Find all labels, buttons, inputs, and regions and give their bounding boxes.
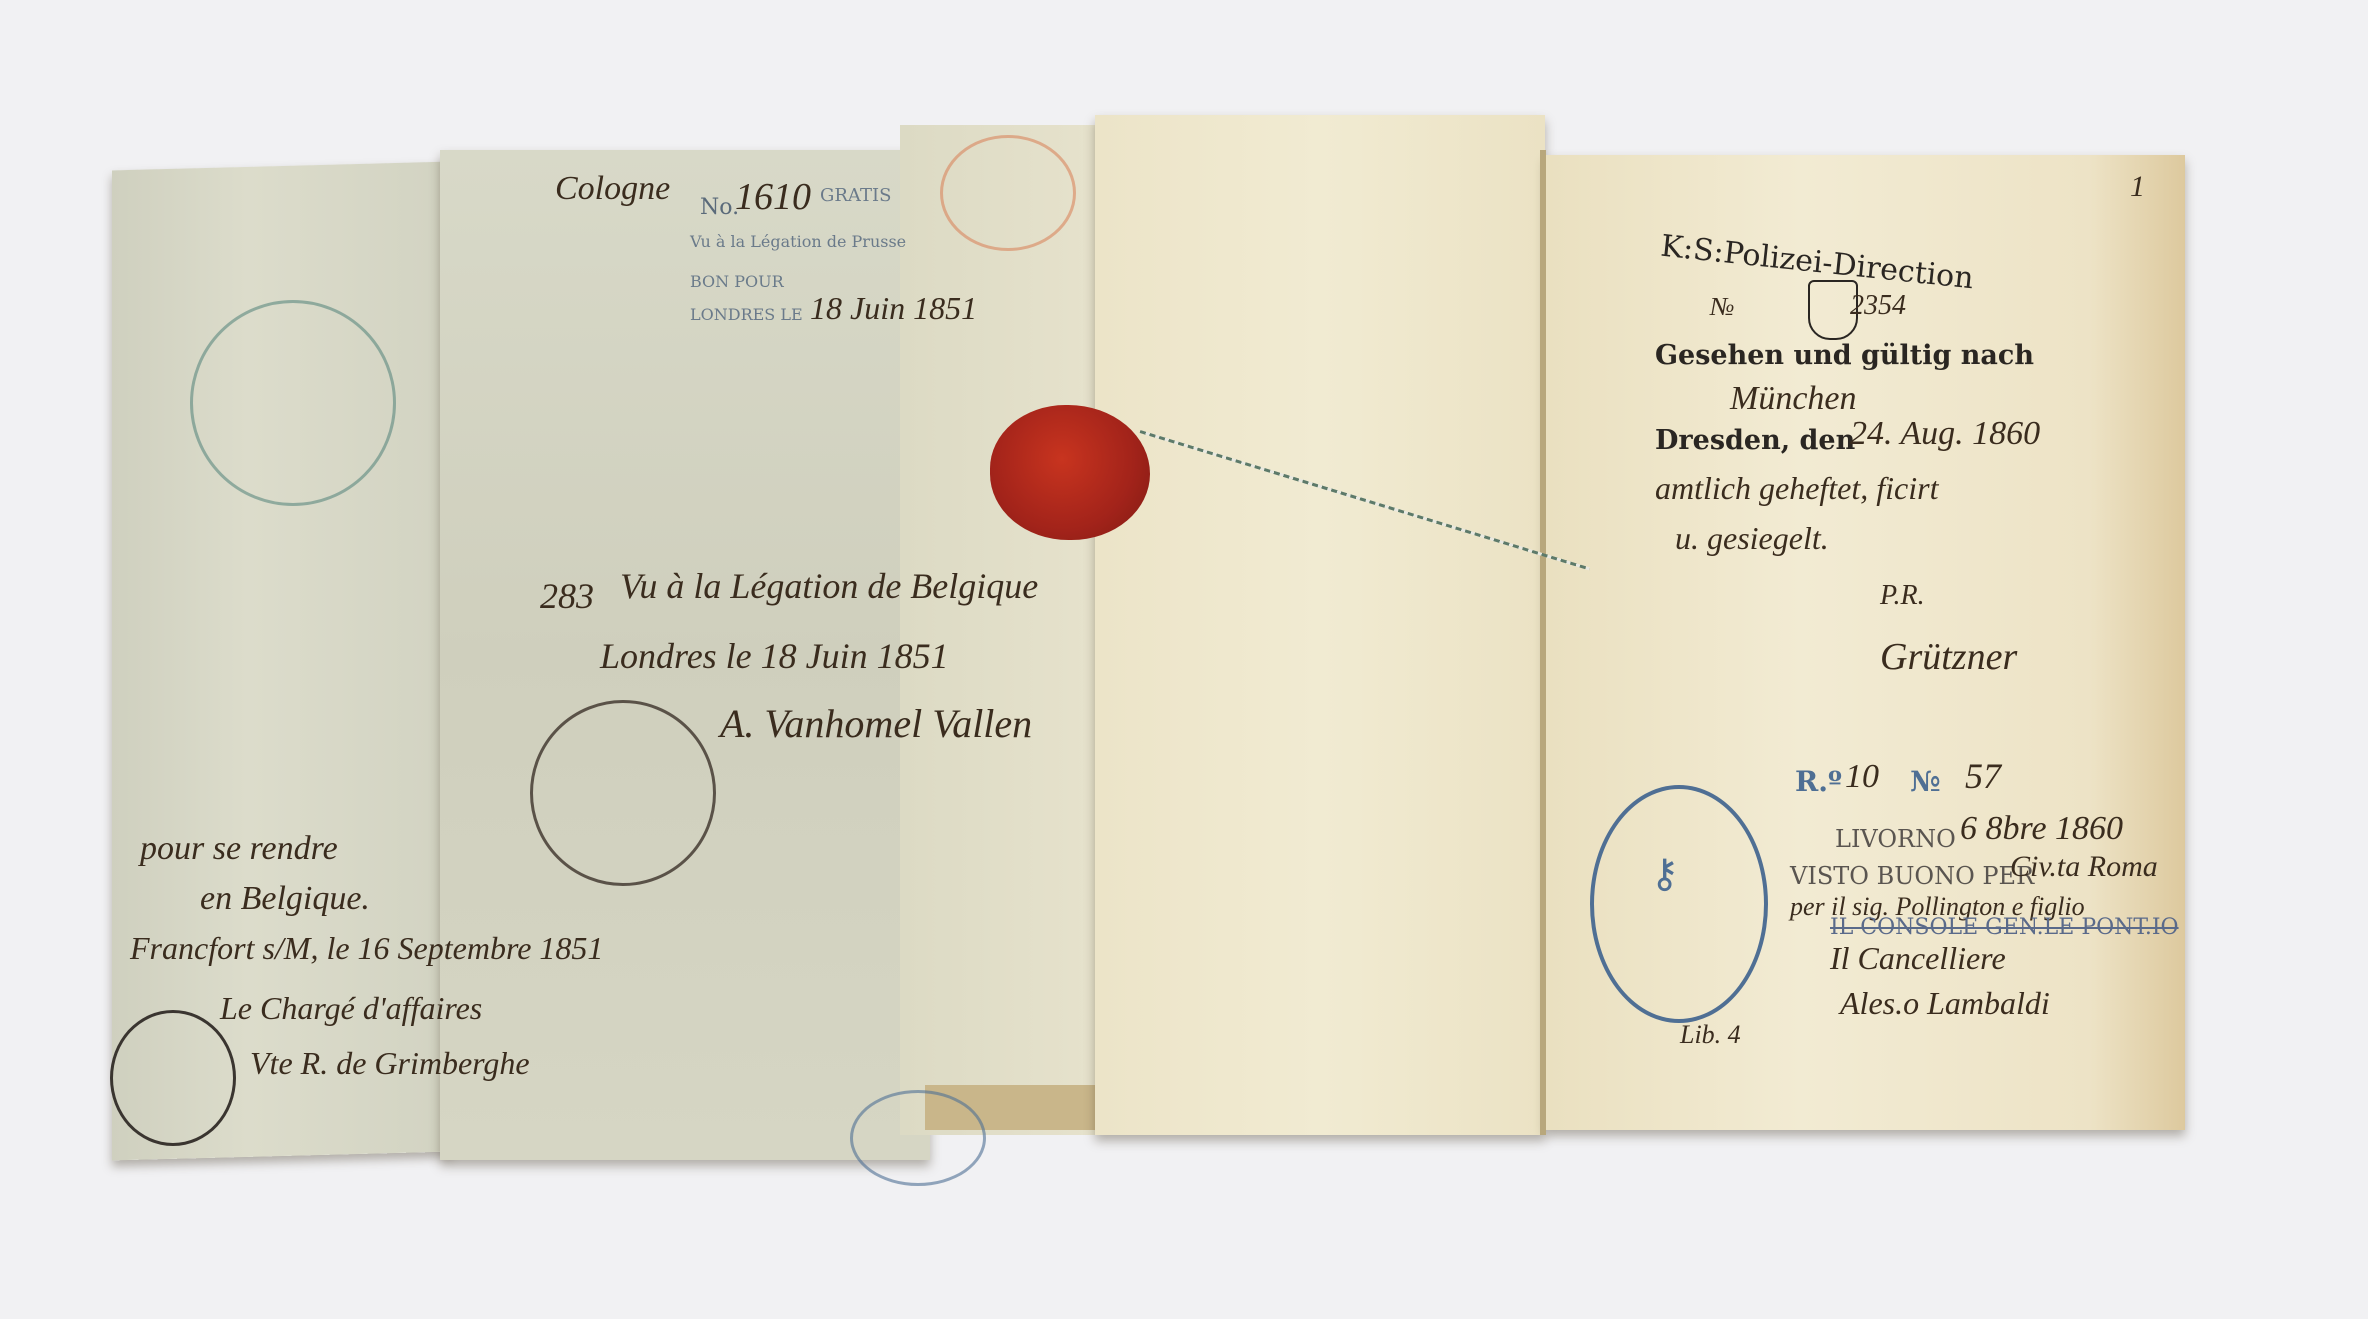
visa-number: 1610	[735, 175, 811, 219]
number-label: №	[1710, 292, 1735, 322]
livorno-signature: Ales.o Lambaldi	[1840, 985, 2050, 1022]
stamp-francfort	[110, 1010, 236, 1146]
stamp-police-orange	[940, 135, 1076, 251]
frankfurt-date: Francfort s/M, le 16 Septembre 1851	[130, 930, 603, 967]
destination-muenchen: München	[1730, 380, 1857, 418]
frankfurt-line-1: pour se rendre	[140, 830, 338, 868]
belgian-visa-date: Londres le 18 Juin 1851	[600, 635, 949, 677]
hand-destination-cologne: Cologne	[555, 170, 670, 208]
stamp-legation-belge	[530, 700, 716, 886]
visto-destination: Civ.ta Roma	[2010, 850, 2158, 884]
visa-number-label: No.	[700, 195, 739, 220]
hand-line-2: u. gesiegelt.	[1675, 520, 1829, 557]
fee-mark: Lib. 4	[1680, 1020, 1741, 1050]
booklet-left-page	[1095, 115, 1545, 1135]
dresden-date: 24. Aug. 1860	[1850, 415, 2040, 453]
prussian-visa-date: 18 Juin 1851	[810, 290, 977, 327]
booklet-spine	[1540, 150, 1546, 1135]
stamp-france-blue	[850, 1090, 986, 1186]
londres-label: LONDRES LE	[690, 305, 803, 324]
visto-buono-label: VISTO BUONO PER	[1790, 862, 2034, 890]
gesehen-line: Gesehen und gültig nach	[1655, 340, 2034, 371]
register-r-value: 10	[1845, 758, 1879, 796]
frankfurt-title: Le Chargé d'affaires	[220, 990, 482, 1027]
console-struck: IL CONSOLE GEN.LE PONT.IO	[1830, 915, 2179, 940]
belgian-visa-number: 283	[540, 575, 594, 617]
legation-prusse: Vu à la Légation de Prusse	[690, 232, 906, 251]
belgian-visa-signature: A. Vanhomel Vallen	[720, 700, 1032, 747]
police-number: 2354	[1850, 290, 1906, 322]
papal-keys-icon: ⚷	[1650, 850, 1679, 897]
police-signature: Grützner	[1880, 635, 2017, 679]
livorno-label: LIVORNO	[1835, 825, 1956, 853]
bon-pour-label: BON POUR	[690, 272, 784, 291]
red-wax-seal	[990, 405, 1150, 540]
initials: P.R.	[1880, 580, 1925, 612]
folded-visa-panel-strip	[900, 125, 1095, 1135]
livorno-date: 6 8bre 1860	[1960, 810, 2123, 848]
hand-line-1: amtlich geheftet, ficirt	[1655, 470, 1938, 507]
register-r-label: R.º	[1795, 765, 1842, 798]
dresden-label: Dresden, den	[1655, 425, 1855, 456]
faded-stamp-green	[190, 300, 396, 506]
register-n-value: 57	[1965, 755, 2001, 797]
belgian-visa-text: Vu à la Légation de Belgique	[620, 565, 1038, 607]
register-n-label: №	[1910, 765, 1940, 798]
gratis-label: GRATIS	[820, 185, 891, 206]
frankfurt-signature: Vte R. de Grimberghe	[250, 1045, 530, 1082]
consolato-pontificio-stamp	[1590, 785, 1768, 1023]
frankfurt-line-2: en Belgique.	[200, 880, 370, 918]
page-number: 1	[2130, 170, 2145, 204]
cancelliere: Il Cancelliere	[1830, 940, 2006, 977]
